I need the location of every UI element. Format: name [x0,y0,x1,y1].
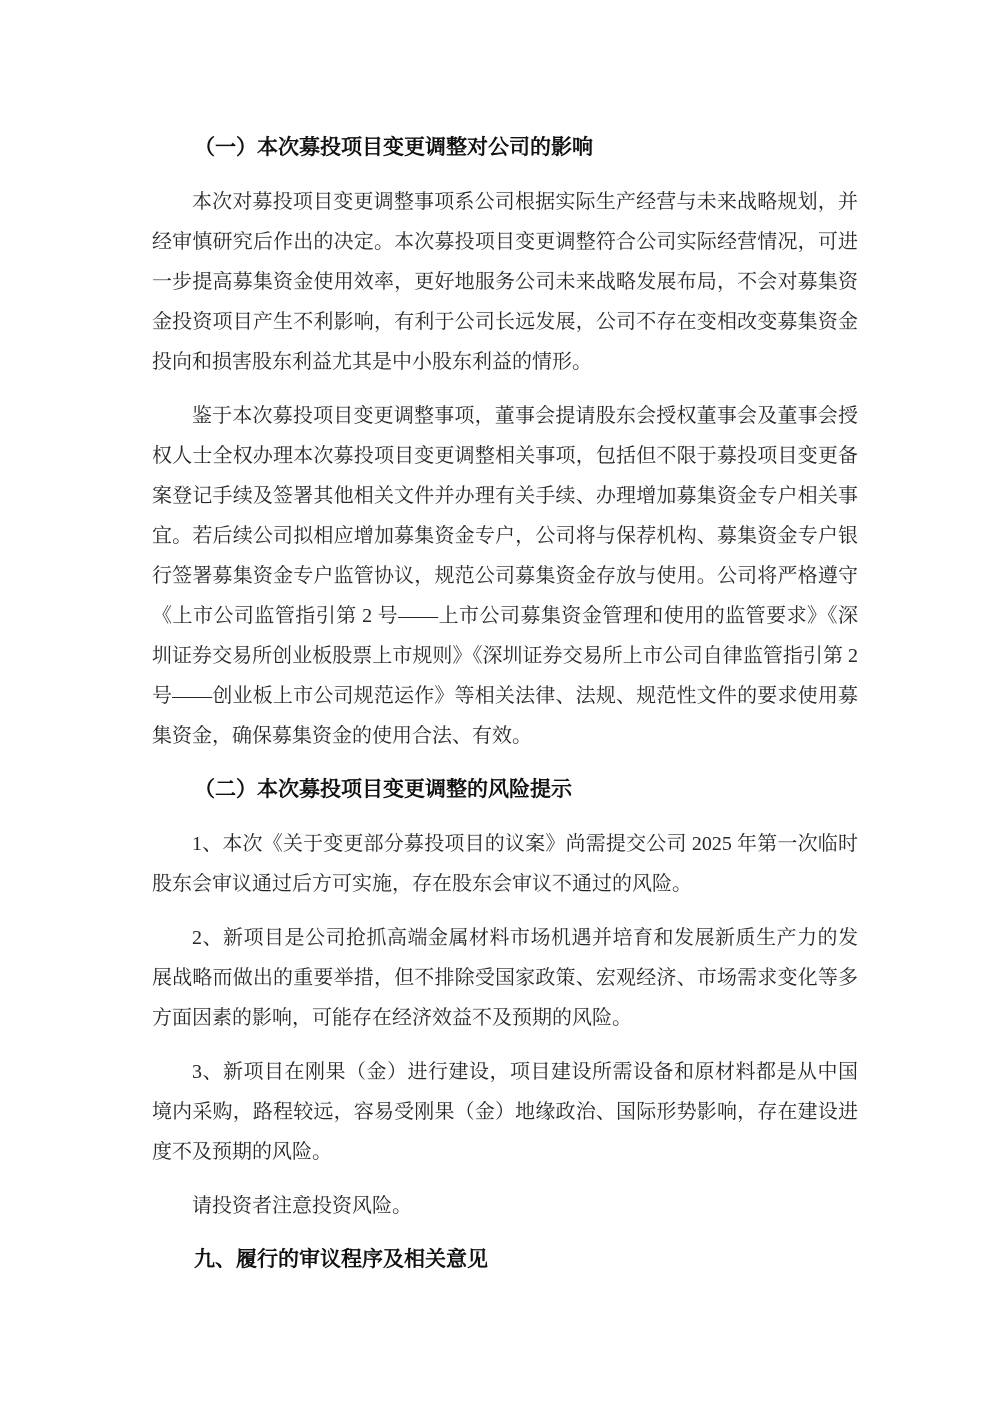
section-heading-risk: （二）本次募投项目变更调整的风险提示 [152,770,858,810]
paragraph-risk-1: 1、本次《关于变更部分募投项目的议案》尚需提交公司 2025 年第一次临时股东会… [152,824,858,904]
paragraph-impact-authorization: 鉴于本次募投项目变更调整事项，董事会提请股东会授权董事会及董事会授权人士全权办理… [152,396,858,756]
document-page: （一）本次募投项目变更调整对公司的影响 本次对募投项目变更调整事项系公司根据实际… [0,0,1000,1414]
document-body: （一）本次募投项目变更调整对公司的影响 本次对募投项目变更调整事项系公司根据实际… [152,128,858,1280]
paragraph-investor-notice: 请投资者注意投资风险。 [152,1186,858,1226]
paragraph-risk-3: 3、新项目在刚果（金）进行建设，项目建设所需设备和原材料都是从中国境内采购，路程… [152,1052,858,1172]
paragraph-risk-2: 2、新项目是公司抢抓高端金属材料市场机遇并培育和发展新质生产力的发展战略而做出的… [152,918,858,1038]
paragraph-impact-decision: 本次对募投项目变更调整事项系公司根据实际生产经营与未来战略规划，并经审慎研究后作… [152,182,858,382]
section-heading-procedure: 九、履行的审议程序及相关意见 [152,1240,858,1280]
section-heading-impact: （一）本次募投项目变更调整对公司的影响 [152,128,858,168]
